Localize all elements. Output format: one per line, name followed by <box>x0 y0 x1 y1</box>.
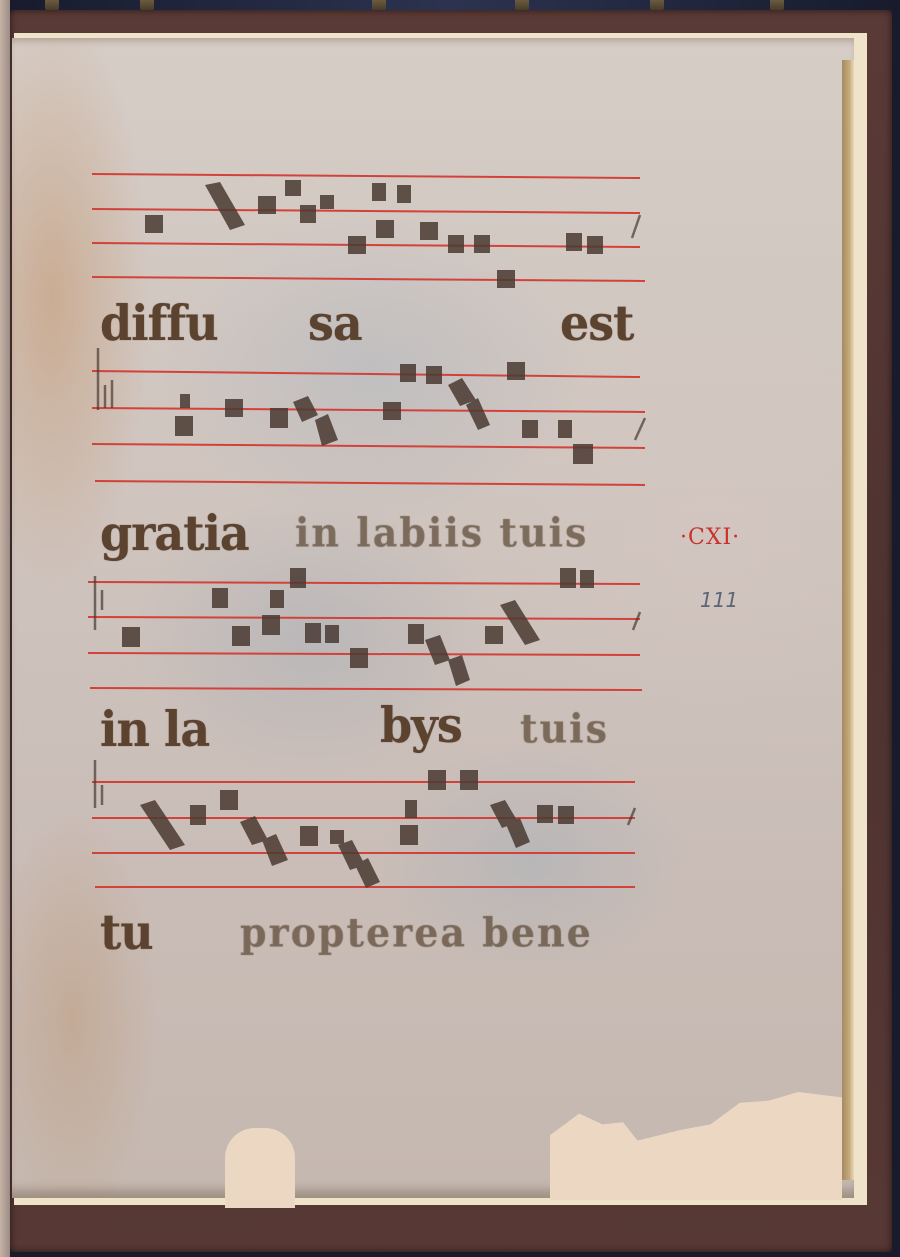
lyric-gratia: gratia <box>100 505 249 562</box>
lyric-in-la: in la <box>100 701 209 758</box>
folio-number-pencil: 111 <box>700 588 738 612</box>
lyric-sa: sa <box>308 295 362 352</box>
lyric-faded-showthrough: propterea bene <box>240 909 593 956</box>
music-notation <box>0 0 900 1257</box>
lyric-faded-showthrough: in labiis tuis <box>295 509 588 556</box>
lyric-est: est <box>560 295 633 352</box>
folio-number-roman: ·CXI· <box>680 525 740 550</box>
lyric-bys: bys <box>380 697 462 754</box>
lyric-tu: tu <box>100 904 153 961</box>
lyric-faded-showthrough: tuis <box>520 705 609 752</box>
lyric-diffu: diffu <box>100 295 218 352</box>
